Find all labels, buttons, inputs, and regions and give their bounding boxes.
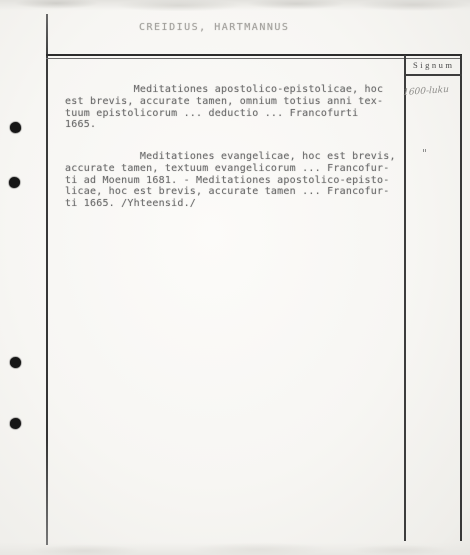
entry-1-text: Meditationes apostolico-epistolicae, hoc… <box>65 84 403 131</box>
card-right-edge-rule <box>460 55 462 541</box>
signum-column-header: Signum <box>404 60 461 70</box>
entry-1-signum-handwritten: 1600-luku <box>403 84 463 98</box>
punch-dot <box>10 357 21 368</box>
header-divider-rule-thick <box>46 54 462 56</box>
punch-dot <box>9 177 20 188</box>
scan-edge-bottom <box>0 541 470 555</box>
punch-dot <box>10 122 21 133</box>
header-divider-rule-thin <box>46 58 462 59</box>
scan-edge-top <box>0 0 470 11</box>
signum-header-bottom-rule <box>404 74 462 76</box>
card-heading: CREIDIUS, HARTMANNUS <box>139 22 289 33</box>
signum-column-left-rule <box>404 55 406 541</box>
punch-dot <box>10 418 21 429</box>
entry-2-signum-ditto-mark: " <box>422 147 427 160</box>
entry-2-text: Meditationes evangelicae, hoc est brevis… <box>65 151 403 210</box>
left-margin-rule <box>46 14 48 545</box>
catalog-card-scan: CREIDIUS, HARTMANNUS Signum Meditationes… <box>0 0 470 555</box>
